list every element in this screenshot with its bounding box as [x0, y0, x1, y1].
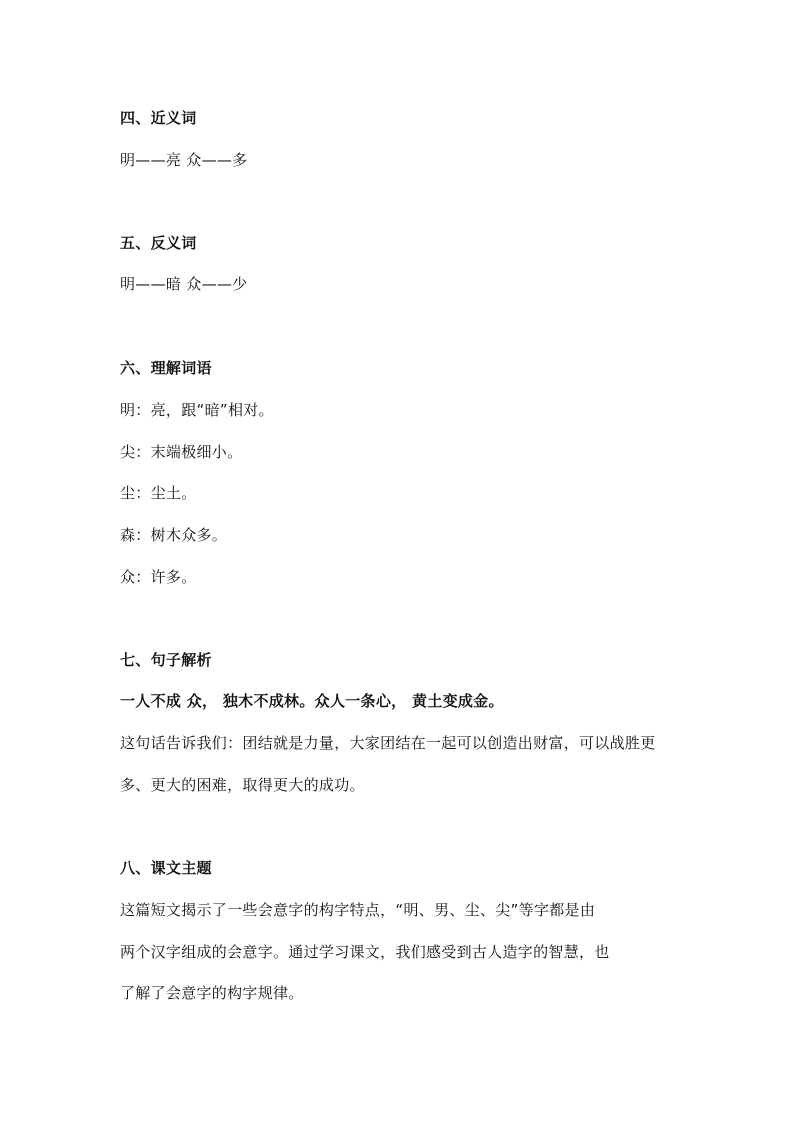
section-heading-word-meanings: 六、理解词语	[120, 358, 212, 378]
analysis-paragraph-line: 多、更大的困难，取得更大的成功。	[120, 775, 365, 795]
section-heading-antonyms: 五、反义词	[120, 233, 197, 253]
theme-paragraph-line: 了解了会意字的构字规律。	[120, 983, 304, 1003]
antonyms-line: 明——暗 众——少	[120, 274, 247, 294]
synonyms-line: 明——亮 众——多	[120, 150, 247, 170]
word-meaning-item: 尘：尘土。	[120, 483, 197, 503]
section-heading-theme: 八、课文主题	[120, 858, 212, 878]
word-meaning-item: 森：树木众多。	[120, 525, 227, 545]
theme-paragraph-line: 这篇短文揭示了一些会意字的构字特点，“明、男、尘、尖”等字都是由	[120, 900, 595, 920]
section-heading-sentence-analysis: 七、句子解析	[120, 650, 212, 670]
word-meaning-item: 众：许多。	[120, 567, 197, 587]
analysis-paragraph-line: 这句话告诉我们：团结就是力量，大家团结在一起可以创造出财富，可以战胜更	[120, 733, 656, 753]
section-heading-synonyms: 四、近义词	[120, 108, 197, 128]
theme-paragraph-line: 两个汉字组成的会意字。通过学习课文，我们感受到古人造字的智慧，也	[120, 942, 610, 962]
word-meaning-item: 明：亮，跟“暗”相对。	[120, 400, 274, 420]
proverb-line: 一人不成 众， 独木不成林。众人一条心， 黄土变成金。	[120, 691, 504, 711]
word-meaning-item: 尖：末端极细小。	[120, 442, 242, 462]
